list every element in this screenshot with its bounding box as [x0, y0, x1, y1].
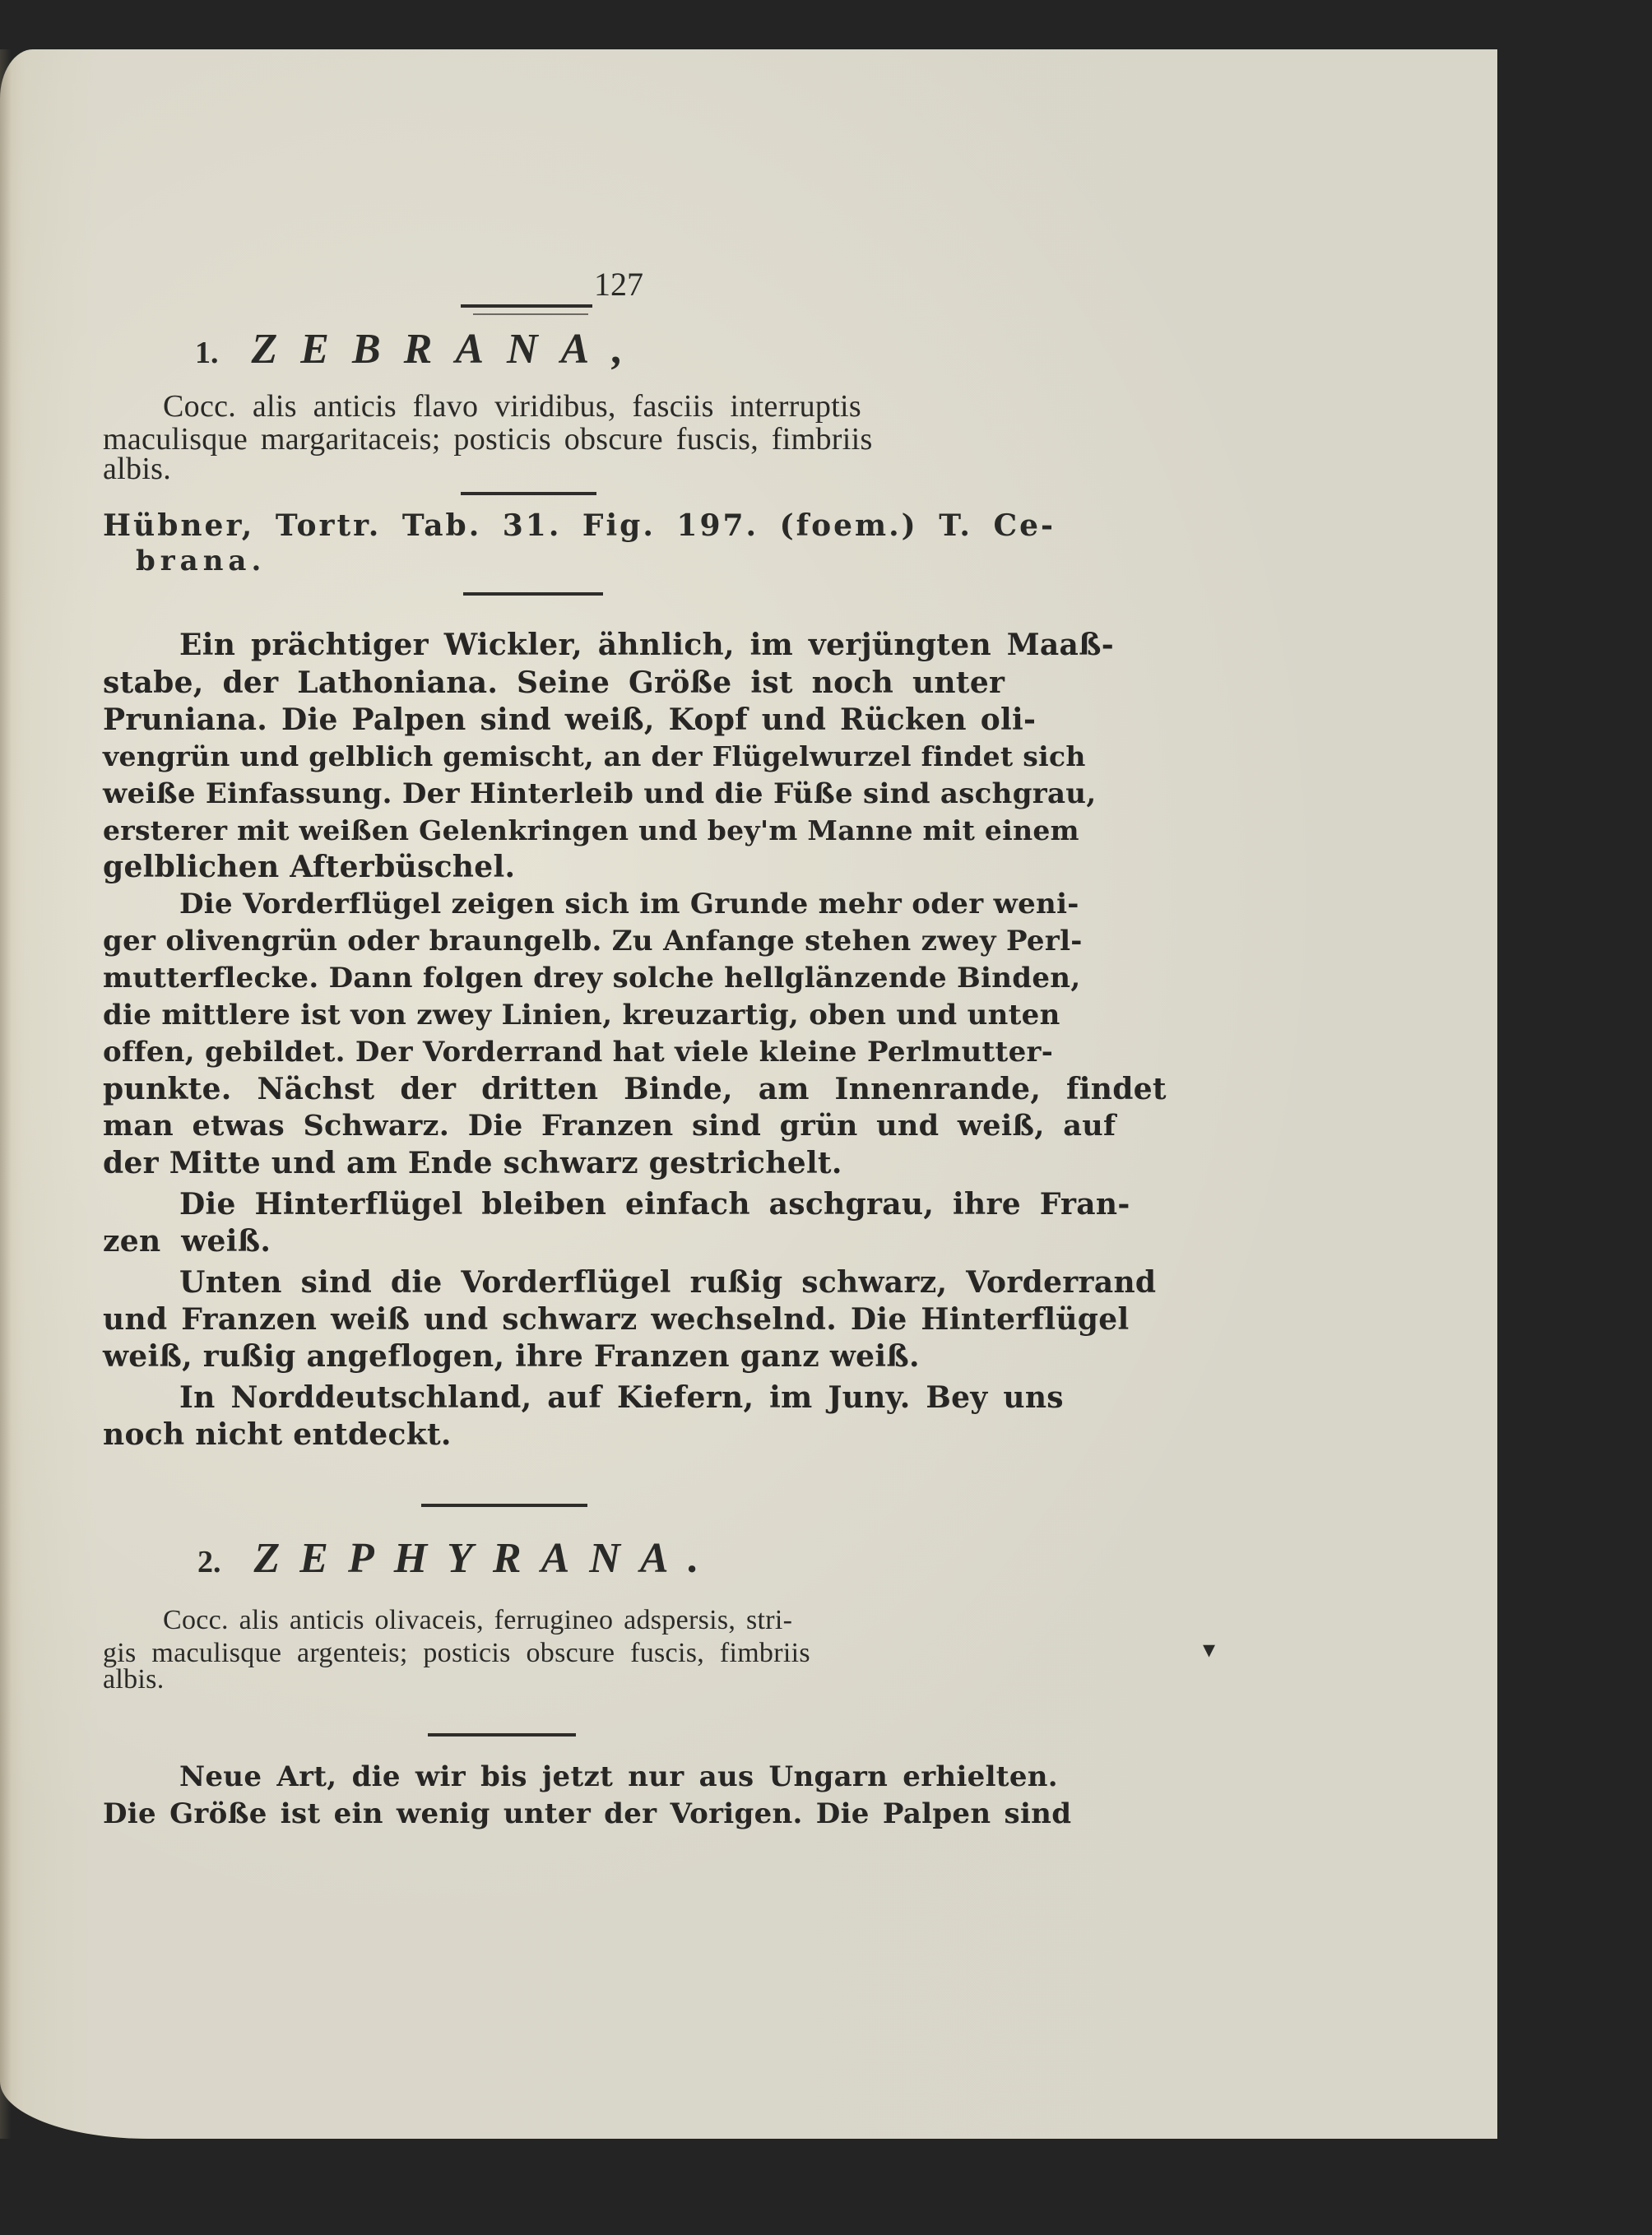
section-1-diagnosis-line: albis.	[103, 451, 171, 487]
section-1-reference-line: brana.	[136, 543, 266, 579]
page-number-rule-thin	[473, 313, 588, 315]
paragraph-line: offen, gebildet. Der Vorderrand hat viel…	[103, 1034, 1053, 1070]
paragraph-line: vengrün und gelblich gemischt, an der Fl…	[103, 739, 1086, 775]
divider	[428, 1733, 576, 1737]
book-page: 127 1.ZEBRANA, Cocc. alis anticis flavo …	[0, 49, 1497, 2139]
paragraph-line: Pruniana. Die Palpen sind weiß, Kopf und…	[103, 702, 1036, 738]
section-1-diagnosis-line: Cocc. alis anticis flavo viridibus, fasc…	[163, 388, 861, 424]
paragraph-line: Die Größe ist ein wenig unter der Vorige…	[103, 1796, 1071, 1832]
section-1-reference-line: Hübner, Tortr. Tab. 31. Fig. 197. (foem.…	[103, 508, 1056, 544]
paragraph-line: mutterflecke. Dann folgen drey solche he…	[103, 960, 1080, 996]
paragraph-line: weiß, rußig angeflogen, ihre Franzen gan…	[103, 1338, 920, 1375]
divider	[461, 492, 596, 495]
section-1-name: ZEBRANA,	[252, 326, 647, 373]
paragraph-line: ger olivengrün oder braungelb. Zu Anfang…	[103, 923, 1083, 959]
margin-mark: ▾	[1203, 1635, 1215, 1664]
paragraph-line: die mittlere ist von zwey Linien, kreuza…	[103, 997, 1060, 1033]
paragraph-line: noch nicht entdeckt.	[103, 1417, 452, 1453]
paragraph-line: gelblichen Afterbüschel.	[103, 849, 515, 885]
section-2-title: 2.ZEPHYRANA.	[197, 1534, 719, 1583]
paragraph-line: Neue Art, die wir bis jetzt nur aus Unga…	[179, 1759, 1058, 1795]
section-2-number: 2.	[197, 1545, 221, 1579]
paragraph-line: weiße Einfassung. Der Hinterleib und die…	[103, 776, 1096, 812]
paragraph-line: und Franzen weiß und schwarz wechselnd. …	[103, 1301, 1129, 1338]
section-1-diagnosis-line: maculisque margaritaceis; posticis obscu…	[103, 421, 873, 457]
page-number-rule	[461, 304, 592, 308]
section-1-number: 1.	[195, 336, 219, 370]
section-2-diagnosis-line: albis.	[103, 1662, 165, 1698]
paragraph-line: man etwas Schwarz. Die Franzen sind grün…	[103, 1108, 1116, 1144]
paragraph-line: Die Vorderflügel zeigen sich im Grunde m…	[179, 886, 1079, 922]
section-2-diagnosis-line: Cocc. alis anticis olivaceis, ferrugineo…	[163, 1602, 792, 1639]
divider	[421, 1504, 587, 1507]
paragraph-line: In Norddeutschland, auf Kiefern, im Juny…	[179, 1379, 1064, 1416]
paragraph-line: der Mitte und am Ende schwarz gestrichel…	[103, 1145, 842, 1181]
page-number: 127	[594, 265, 643, 304]
paragraph-line: zen weiß.	[103, 1223, 271, 1259]
section-2-diagnosis-line: gis maculisque argenteis; posticis obscu…	[103, 1635, 810, 1672]
paragraph-line: ersterer mit weißen Gelenkringen und bey…	[103, 813, 1079, 849]
section-2-name: ZEPHYRANA.	[254, 1535, 719, 1582]
paragraph-line: Die Hinterflügel bleiben einfach aschgra…	[179, 1186, 1130, 1222]
paragraph-line: stabe, der Lathoniana. Seine Größe ist n…	[103, 665, 1005, 701]
paragraph-line: Unten sind die Vorderflügel rußig schwar…	[179, 1264, 1156, 1301]
section-1-title: 1.ZEBRANA,	[195, 325, 646, 373]
paragraph-line: punkte. Nächst der dritten Binde, am Inn…	[103, 1071, 1167, 1107]
divider	[463, 592, 603, 596]
paragraph-line: Ein prächtiger Wickler, ähnlich, im verj…	[179, 627, 1114, 663]
